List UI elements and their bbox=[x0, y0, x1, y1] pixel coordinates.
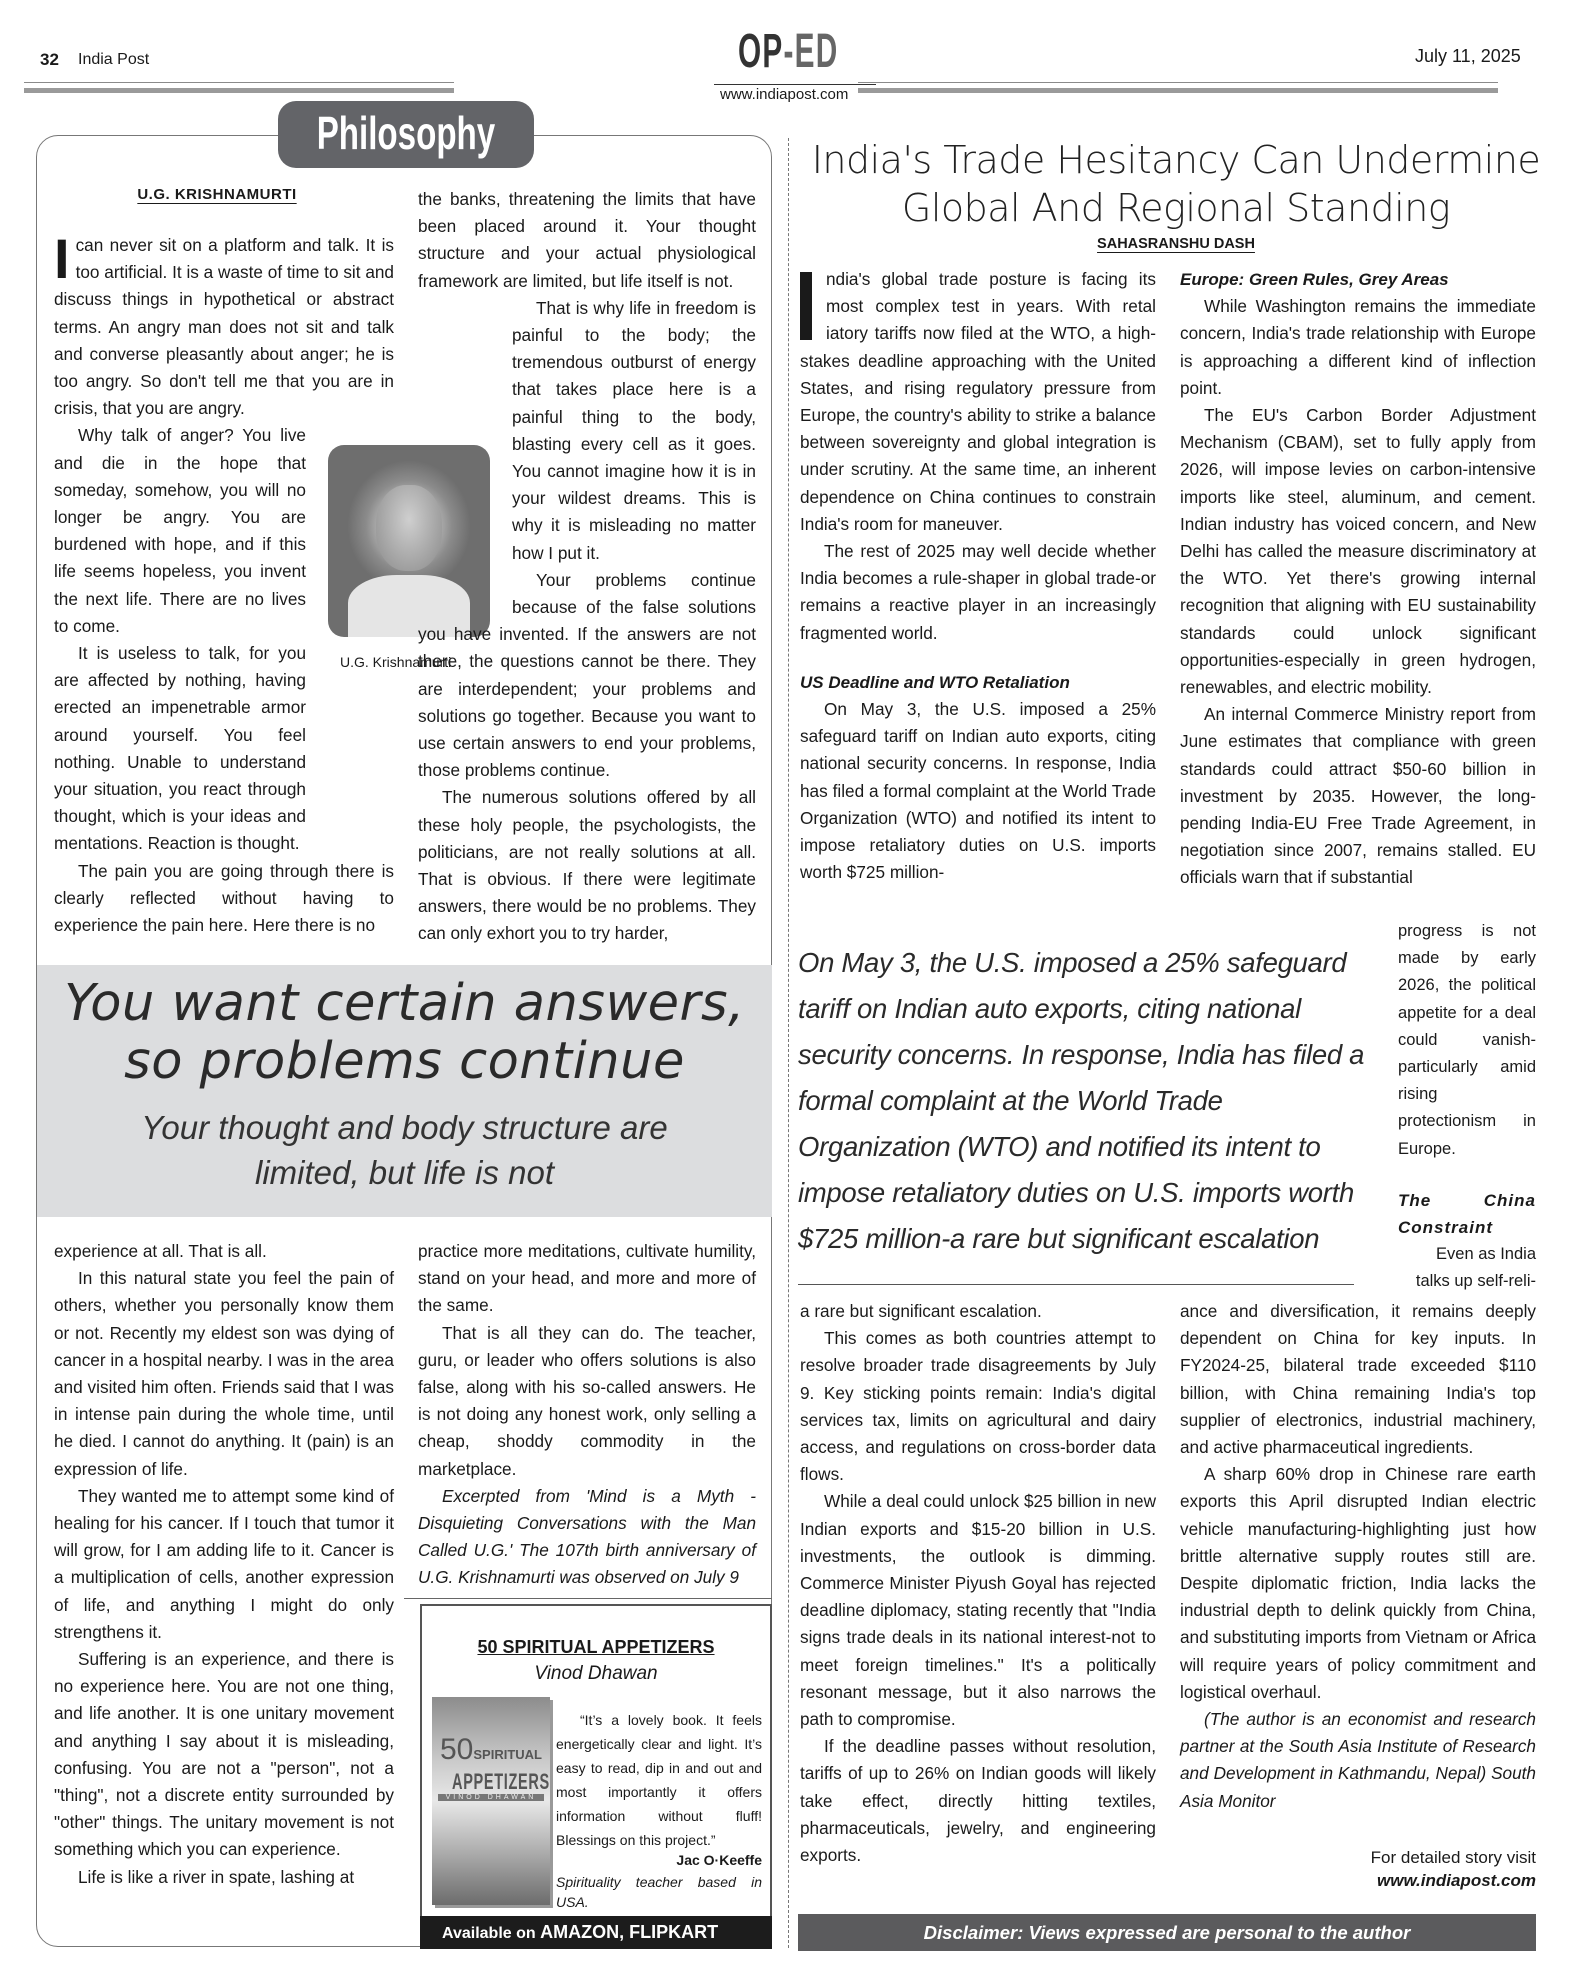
paragraph: A sharp 60% drop in Chinese rare earth e… bbox=[1180, 1461, 1536, 1706]
ad-testimonial-author: Jac O·Keeffe bbox=[556, 1852, 762, 1868]
article-headline: India's Trade Hesitancy Can Undermine Gl… bbox=[796, 136, 1556, 232]
paragraph: ndia's global trade posture is facing it… bbox=[800, 266, 1156, 538]
paragraph: The EU's Carbon Border Adjustment Mechan… bbox=[1180, 402, 1536, 701]
subhead-europe: Europe: Green Rules, Grey Areas bbox=[1180, 266, 1536, 293]
paragraph: The rest of 2025 may well decide whether… bbox=[800, 538, 1156, 647]
pull-quote-rule bbox=[798, 1284, 1354, 1285]
book-cover-image: 50SPIRITUAL APPETIZERS VINOD DHAWAN bbox=[432, 1697, 550, 1905]
paragraph: In this natural state you feel the pain … bbox=[54, 1265, 394, 1483]
pull-quote: On May 3, the U.S. imposed a 25% safegua… bbox=[798, 940, 1376, 1262]
paragraph: The numerous solutions offered by all th… bbox=[418, 784, 756, 947]
philosophy-col1-bottom: experience at all. That is all. In this … bbox=[54, 1238, 394, 1891]
dropcap bbox=[800, 272, 812, 340]
band-subheadline: Your thought and body structure are limi… bbox=[37, 1105, 772, 1195]
paragraph: It is useless to talk, for you are affec… bbox=[54, 640, 306, 858]
paragraph: Ican never sit on a platform and talk. I… bbox=[54, 232, 394, 422]
paragraph: On May 3, the U.S. imposed a 25% safegua… bbox=[800, 696, 1156, 886]
subhead-china: The China Constraint bbox=[1398, 1187, 1536, 1241]
paragraph: a rare but significant escalation. bbox=[800, 1298, 1156, 1325]
paragraph: While Washington remains the immediate c… bbox=[1180, 293, 1536, 402]
article-byline: SAHASRANSHU DASH bbox=[796, 236, 1556, 252]
article-col1-top: ndia's global trade posture is facing it… bbox=[800, 266, 1156, 886]
band-headline: You want certain answers, so problems co… bbox=[37, 975, 772, 1091]
paragraph: Why talk of anger? You live and die in t… bbox=[54, 422, 306, 640]
section-tab-philosophy: Philosophy bbox=[278, 101, 534, 168]
detailed-story-note: For detailed story visit www.indiapost.c… bbox=[1200, 1846, 1536, 1892]
paragraph: Suffering is an experience, and there is… bbox=[54, 1646, 394, 1864]
paragraph: The pain you are going through there is … bbox=[54, 858, 394, 940]
paragraph: If the deadline passes without resolutio… bbox=[800, 1733, 1156, 1869]
paragraph: While a deal could unlock $25 billion in… bbox=[800, 1488, 1156, 1733]
subhead-us-deadline: US Deadline and WTO Retaliation bbox=[800, 669, 1156, 696]
article-col2-narrow: progress is not made by early 2026, the … bbox=[1398, 918, 1536, 1296]
paragraph: That is all they can do. The teacher, gu… bbox=[418, 1320, 756, 1483]
paragraph: They wanted me to attempt some kind of h… bbox=[54, 1483, 394, 1646]
header-rule-thick-left bbox=[24, 88, 454, 93]
photo-wrap-space bbox=[418, 295, 512, 613]
paragraph: progress is not made by early 2026, the … bbox=[1398, 918, 1536, 1163]
paragraph: This comes as both countries attempt to … bbox=[800, 1325, 1156, 1488]
dropcap: I bbox=[54, 236, 70, 282]
paragraph: Even as India talks up self-reli- bbox=[1398, 1241, 1536, 1295]
paragraph: experience at all. That is all. bbox=[54, 1238, 394, 1265]
philosophy-col2-top: the banks, threatening the limits that h… bbox=[418, 186, 756, 948]
ad-book-author: Vinod Dhawan bbox=[420, 1663, 772, 1685]
issue-date: July 11, 2025 bbox=[1415, 46, 1521, 67]
detailed-story-link[interactable]: www.indiapost.com bbox=[1377, 1871, 1536, 1890]
paragraph: An internal Commerce Ministry report fro… bbox=[1180, 701, 1536, 891]
ad-testimonial-role: Spirituality teacher based in USA. bbox=[556, 1872, 762, 1912]
ad-testimonial: “It’s a lovely book. It feels energetica… bbox=[556, 1708, 762, 1852]
ad-availability-banner[interactable]: Available on AMAZON, FLIPKART bbox=[420, 1916, 772, 1949]
paragraph: Life is like a river in spate, lashing a… bbox=[54, 1864, 394, 1891]
ad-top-rule bbox=[404, 1598, 772, 1599]
philosophy-col2-bottom: practice more meditations, cultivate hum… bbox=[418, 1238, 756, 1592]
section-logo: OP-ED bbox=[738, 28, 838, 76]
ad-book-title: 50 SPIRITUAL APPETIZERS bbox=[420, 1637, 772, 1658]
excerpt-note: Excerpted from 'Mind is a Myth - Disquie… bbox=[418, 1483, 756, 1592]
disclaimer-banner: Disclaimer: Views expressed are personal… bbox=[798, 1914, 1536, 1951]
author-note: (The author is an economist and research… bbox=[1180, 1706, 1536, 1815]
paragraph: the banks, threatening the limits that h… bbox=[418, 186, 756, 295]
logo-underline bbox=[714, 84, 876, 85]
page-number: 32 bbox=[40, 50, 59, 70]
header-rule-thick-right bbox=[858, 88, 1498, 93]
header-rule-thin-right bbox=[858, 82, 1498, 83]
publication-name: India Post bbox=[78, 51, 149, 69]
philosophy-byline: U.G. KRISHNAMURTI bbox=[40, 186, 394, 204]
paragraph: ance and diversification, it remains dee… bbox=[1180, 1298, 1536, 1461]
paragraph: practice more meditations, cultivate hum… bbox=[418, 1238, 756, 1320]
article-col2-top: Europe: Green Rules, Grey Areas While Wa… bbox=[1180, 266, 1536, 892]
header-rule-thin-left bbox=[24, 82, 454, 83]
article-col1-bottom: a rare but significant escalation. This … bbox=[800, 1298, 1156, 1869]
column-divider bbox=[788, 138, 789, 1948]
article-col2-bottom: ance and diversification, it remains dee… bbox=[1180, 1298, 1536, 1815]
website-link[interactable]: www.indiapost.com bbox=[720, 86, 848, 103]
